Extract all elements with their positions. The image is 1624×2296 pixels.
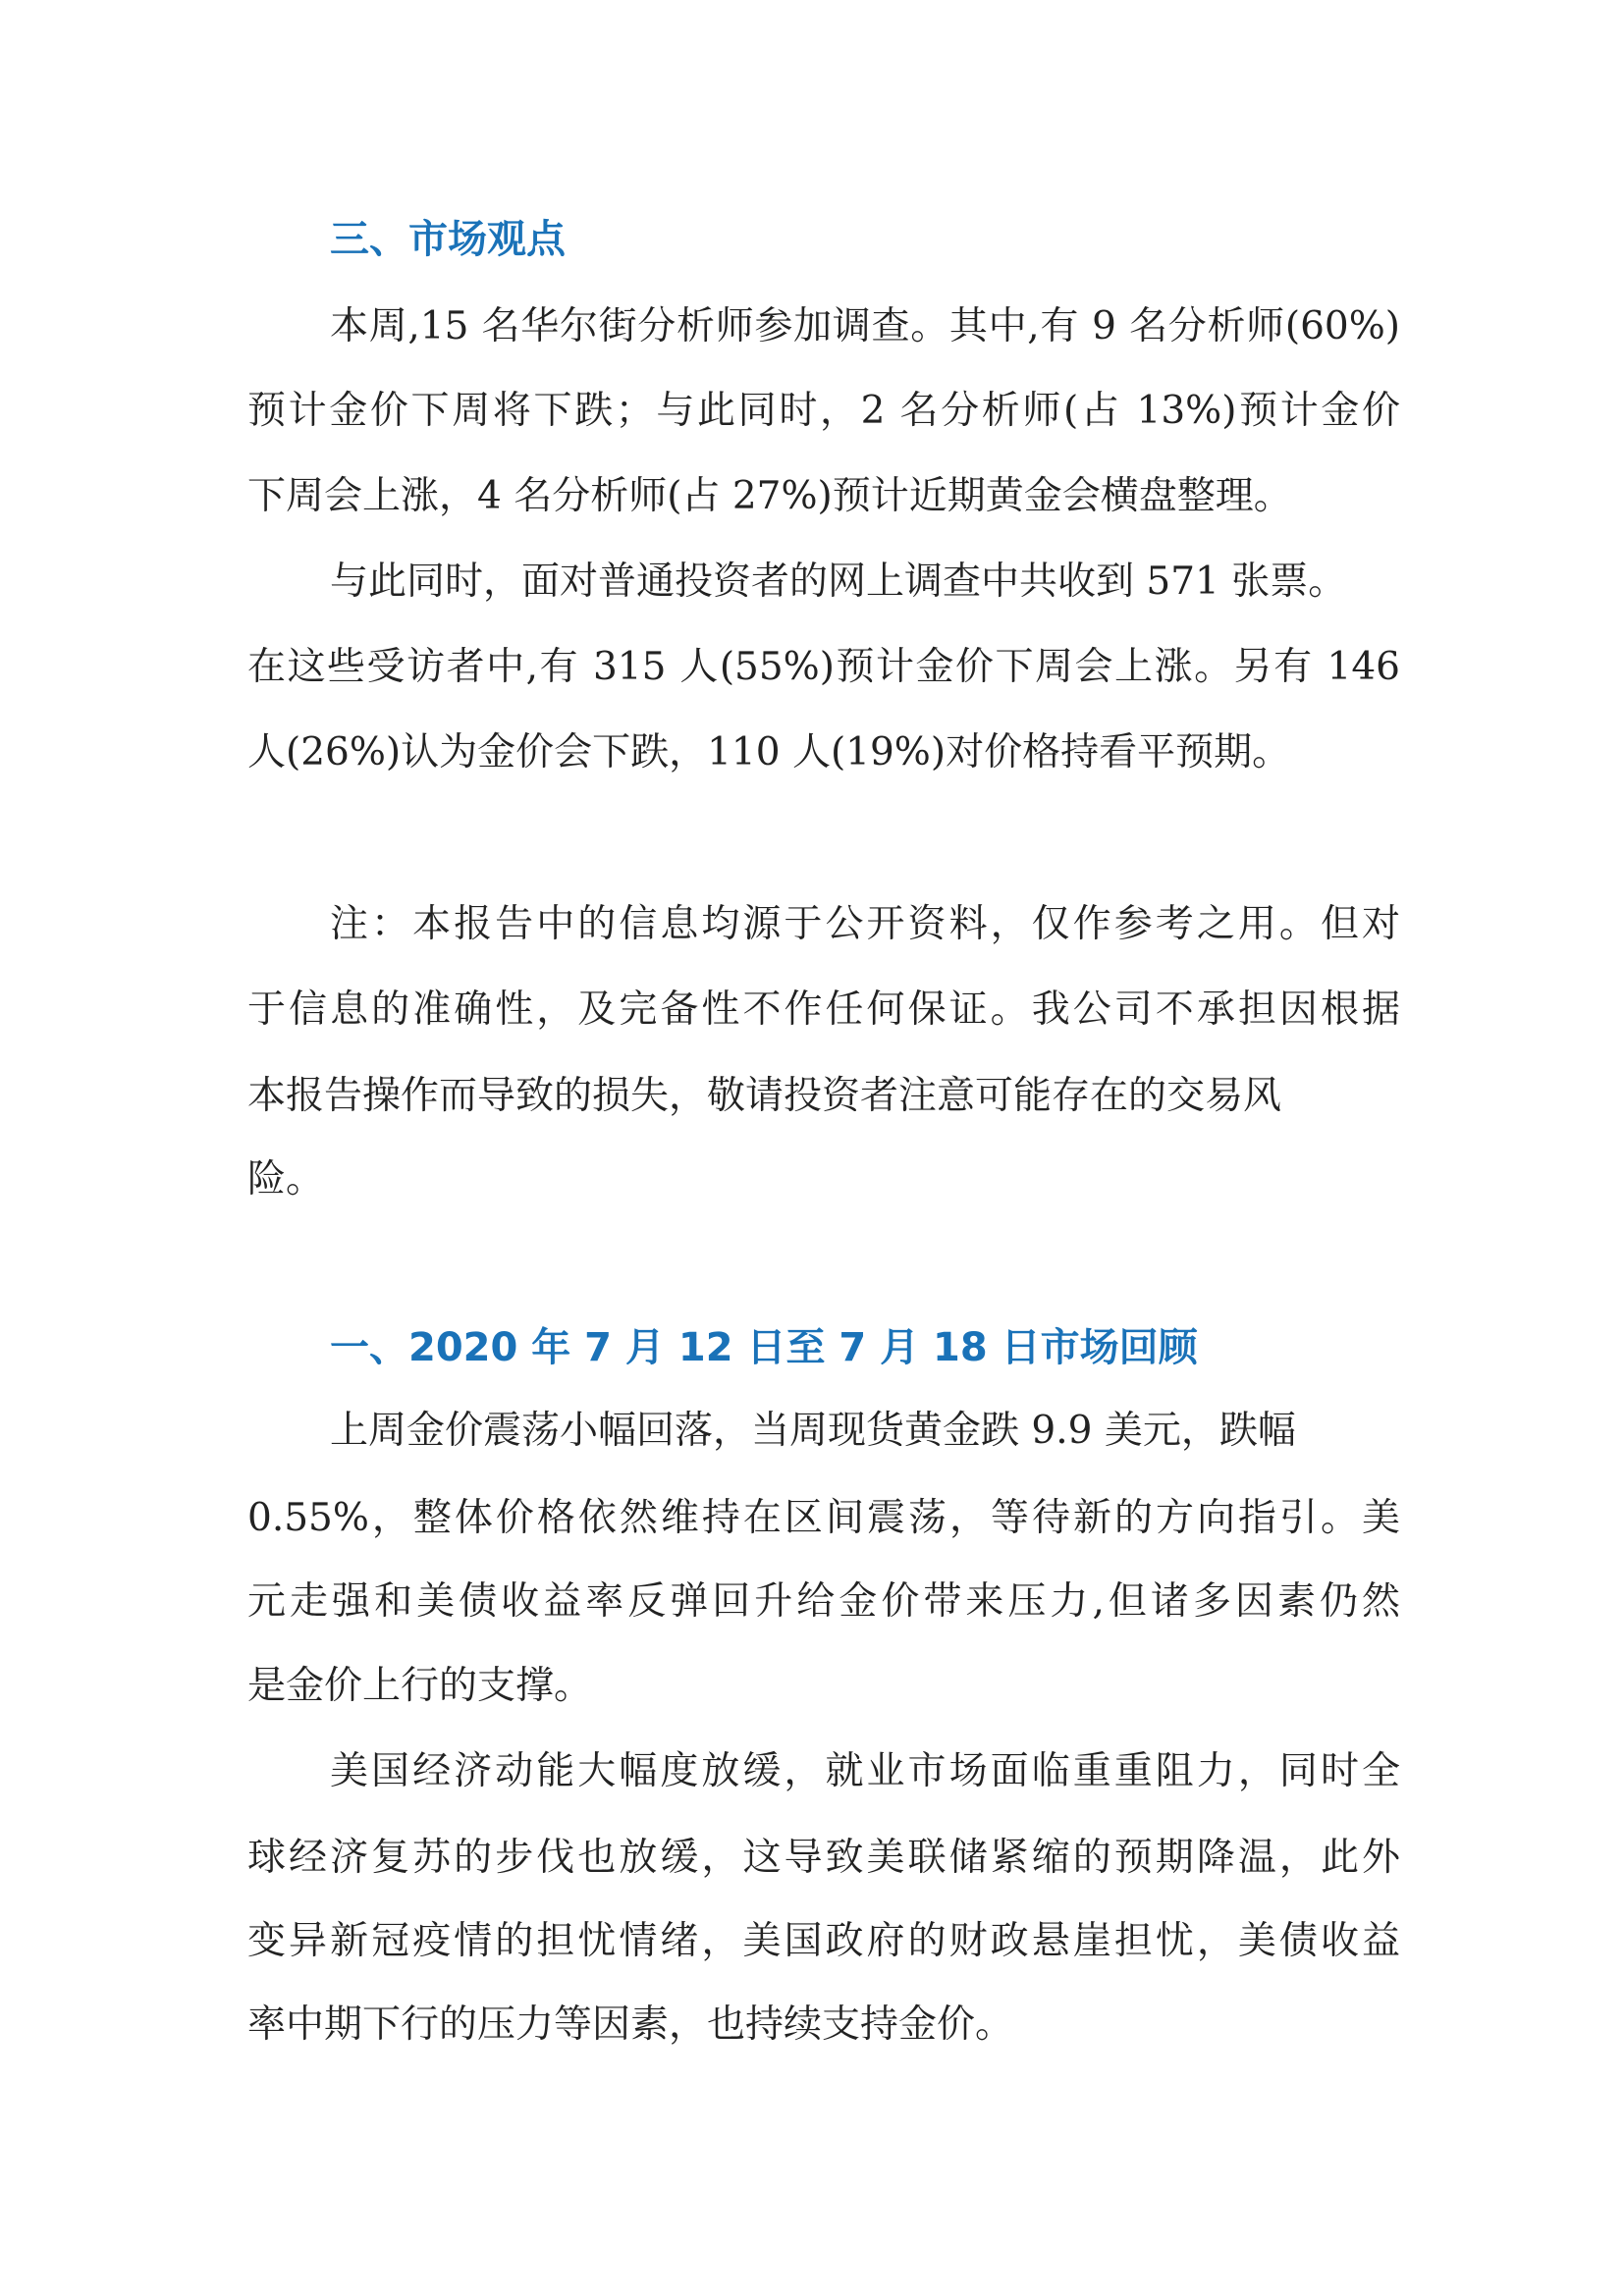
text-line: 注：本报告中的信息均源于公开资料，仅作参考之用。但对 bbox=[330, 895, 1400, 954]
text-line: 0.55%，整体价格依然维持在区间震荡，等待新的方向指引。美 bbox=[247, 1489, 1400, 1548]
text-line: 在这些受访者中,有 315 人(55%)预计金价下周会上涨。另有 146 bbox=[247, 638, 1400, 697]
text-line: 美国经济动能大幅度放缓，就业市场面临重重阻力，同时全 bbox=[330, 1742, 1400, 1801]
text-line: 预计金价下周将下跌；与此同时，2 名分析师(占 13%)预计金价 bbox=[247, 382, 1400, 441]
text-line: 是金价上行的支撑。 bbox=[247, 1657, 592, 1716]
section-heading-market-view: 三、市场观点 bbox=[330, 210, 566, 269]
text-line: 球经济复苏的步伐也放缓，这导致美联储紧缩的预期降温，此外 bbox=[247, 1829, 1400, 1888]
text-line: 变异新冠疫情的担忧情绪，美国政府的财政悬崖担忧，美债收益 bbox=[247, 1912, 1400, 1971]
text-line: 本周,15 名华尔街分析师参加调查。其中,有 9 名分析师(60%) bbox=[330, 297, 1400, 356]
text-line: 本报告操作而导致的损失，敬请投资者注意可能存在的交易风 bbox=[247, 1067, 1281, 1126]
section-heading-market-review: 一、2020 年 7 月 12 日至 7 月 18 日市场回顾 bbox=[330, 1318, 1198, 1377]
text-line: 人(26%)认为金价会下跌，110 人(19%)对价格持看平预期。 bbox=[247, 723, 1290, 782]
text-line: 率中期下行的压力等因素，也持续支持金价。 bbox=[247, 1996, 1013, 2055]
text-line: 元走强和美债收益率反弹回升给金价带来压力,但诸多因素仍然 bbox=[247, 1573, 1400, 1631]
text-line: 险。 bbox=[247, 1150, 324, 1209]
text-line: 上周金价震荡小幅回落，当周现货黄金跌 9.9 美元，跌幅 bbox=[330, 1402, 1296, 1461]
text-line: 于信息的准确性，及完备性不作任何保证。我公司不承担因根据 bbox=[247, 981, 1400, 1040]
text-line: 与此同时，面对普通投资者的网上调查中共收到 571 张票。 bbox=[330, 553, 1346, 612]
text-line: 下周会上涨，4 名分析师(占 27%)预计近期黄金会横盘整理。 bbox=[247, 467, 1292, 526]
